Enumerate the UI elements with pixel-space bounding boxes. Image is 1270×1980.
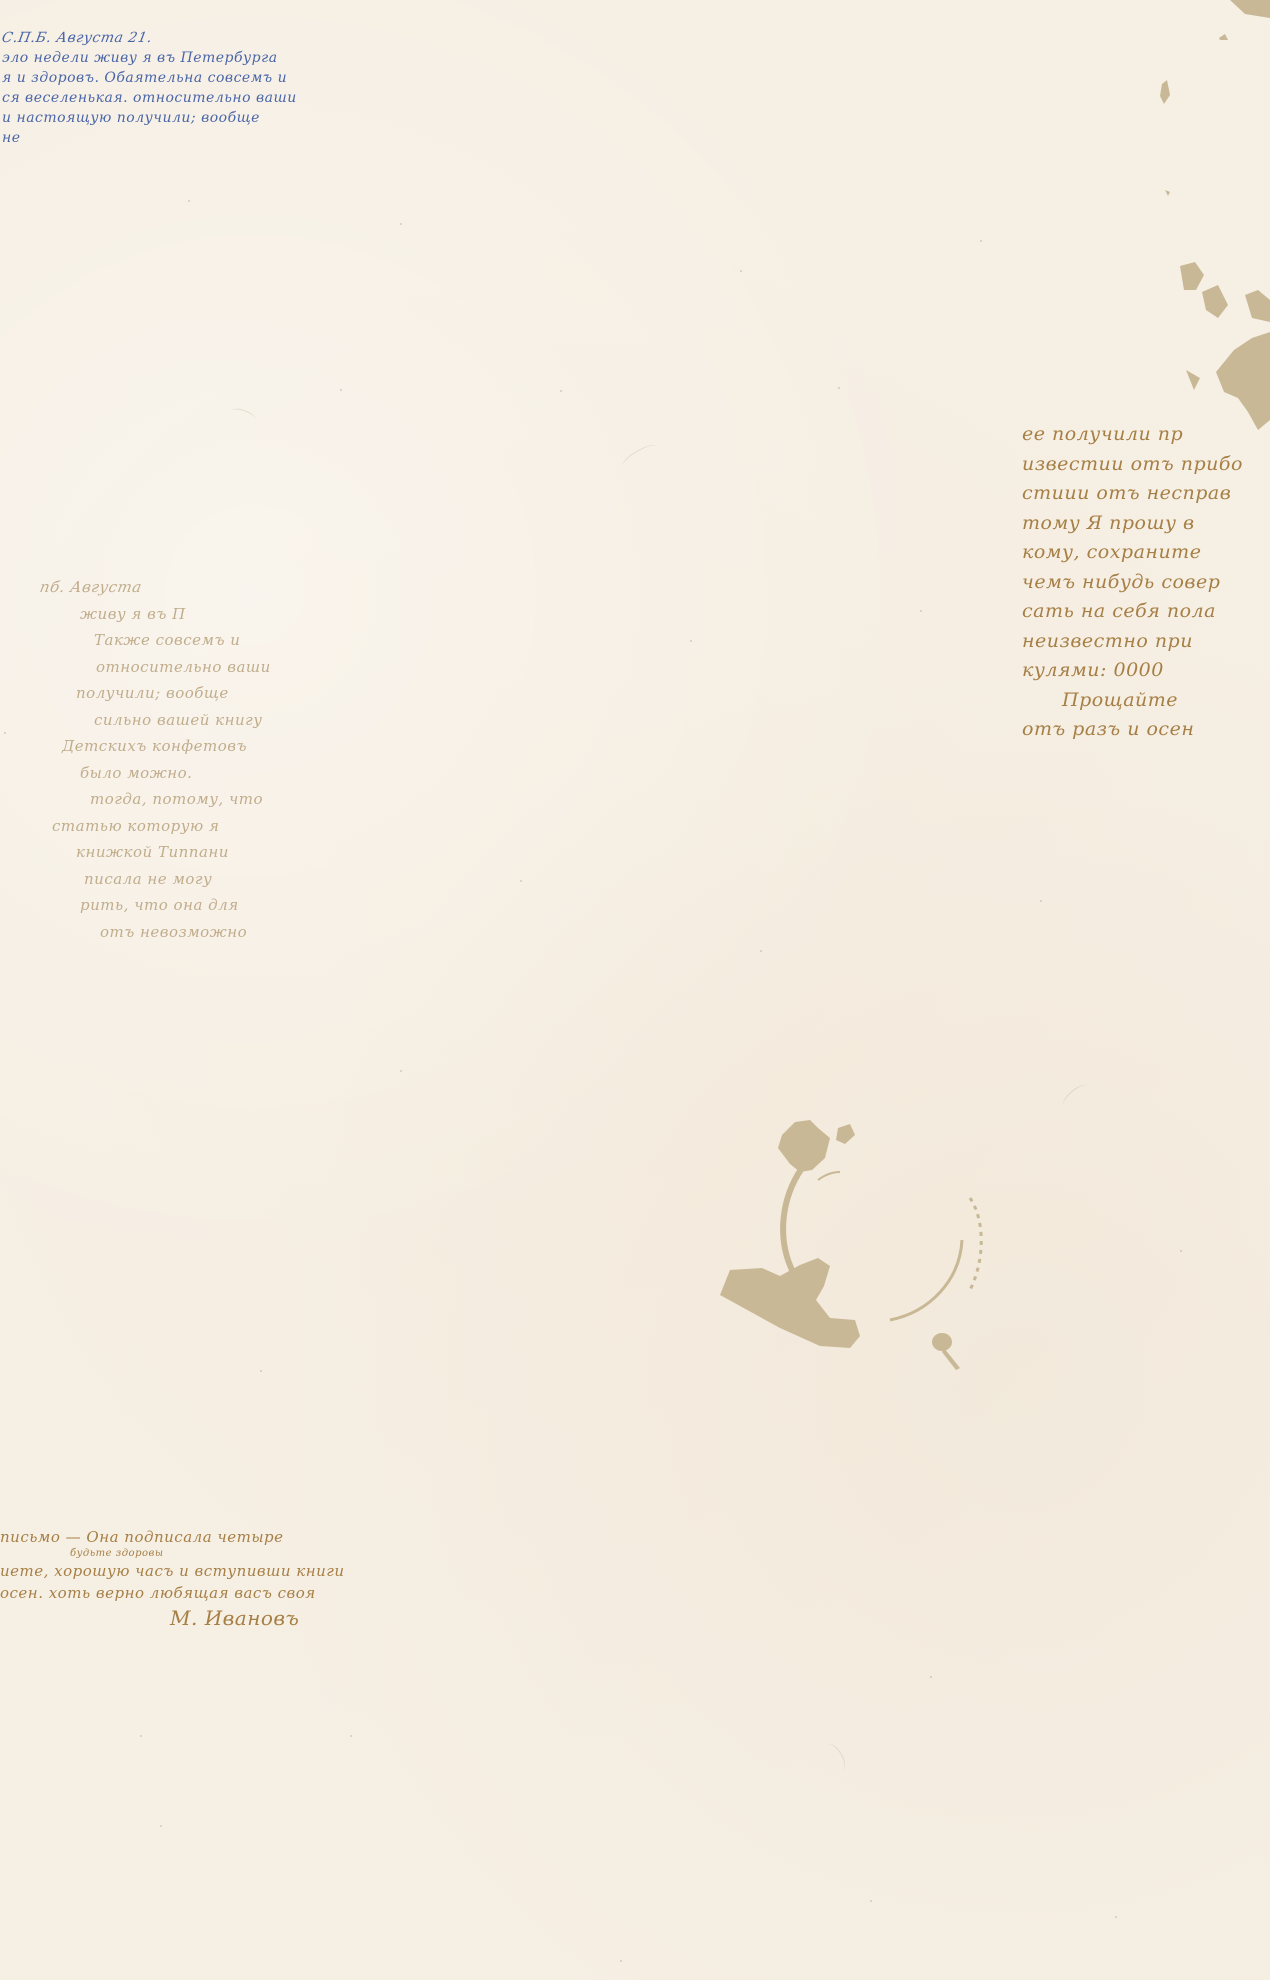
paper-speck bbox=[620, 1960, 622, 1962]
paper-speck bbox=[870, 1900, 872, 1902]
handwriting-line: Детскихъ конфетовъ bbox=[62, 733, 271, 760]
handwriting-line: сать на себя пола bbox=[1022, 597, 1243, 627]
paper-speck bbox=[520, 880, 522, 882]
handwriting-line: известии отъ прибо bbox=[1022, 450, 1243, 480]
paper-fiber bbox=[229, 406, 257, 425]
handwriting-line: стиии отъ несправ bbox=[1022, 479, 1243, 509]
paper-fiber bbox=[1060, 1082, 1090, 1110]
paper-fiber bbox=[619, 441, 660, 472]
handwriting-faded-block: пб. Августа живу я въ П Такжe совсемъ и … bbox=[40, 574, 271, 945]
handwriting-interlinear: будьте здоровы bbox=[70, 1548, 345, 1560]
paper-speck bbox=[560, 390, 562, 392]
handwriting-line: не bbox=[2, 128, 297, 148]
handwriting-line: эло недели живу я въ Петербурга bbox=[2, 48, 297, 68]
handwriting-line: статью которую я bbox=[52, 813, 271, 840]
handwriting-line: неизвестно при bbox=[1022, 627, 1243, 657]
paper-speck bbox=[930, 1676, 932, 1678]
paper-speck bbox=[980, 240, 982, 242]
handwriting-line: рить, что она для bbox=[80, 892, 271, 919]
paper-speck bbox=[1180, 1250, 1182, 1252]
paper-speck bbox=[838, 387, 840, 389]
paper-speck bbox=[188, 200, 190, 202]
handwriting-line: осен. хоть верно любящая васъ своя bbox=[0, 1582, 345, 1604]
paper-speck bbox=[340, 389, 342, 391]
paper-speck bbox=[140, 1735, 142, 1737]
handwriting-line: и настоящую получили; вообще bbox=[2, 108, 297, 128]
handwriting-line: Такжe совсемъ и bbox=[94, 627, 271, 654]
handwriting-heading: пб. Августа bbox=[38, 574, 273, 601]
paper-speck bbox=[1040, 900, 1042, 902]
paper-speck bbox=[400, 1070, 402, 1072]
handwriting-line: писала не могу bbox=[84, 866, 271, 893]
paper-speck bbox=[350, 1735, 352, 1737]
handwriting-heading: С.П.Б. Августа 21. bbox=[0, 28, 298, 48]
paper-speck bbox=[4, 732, 6, 734]
coffee-stain-icon bbox=[700, 1080, 1000, 1380]
handwriting-line: я и здоровъ. Обаятельна совсемъ и bbox=[2, 68, 297, 88]
paper-speck bbox=[160, 1825, 162, 1827]
handwriting-line: получили; вообще bbox=[76, 680, 271, 707]
handwriting-bottom-block: письмо — Она подписала четыре будьте здо… bbox=[0, 1526, 345, 1632]
handwriting-line: тогда, потому, что bbox=[90, 786, 271, 813]
paper-speck bbox=[760, 950, 762, 952]
handwriting-line: кому, сохраните bbox=[1022, 538, 1243, 568]
handwriting-line: ся веселенькая. относительно ваши bbox=[2, 88, 297, 108]
handwriting-line: живу я въ П bbox=[80, 601, 271, 628]
handwriting-line: было можно. bbox=[80, 760, 271, 787]
paper-speck bbox=[690, 640, 692, 642]
handwriting-right-block: ее получили пр известии отъ прибо стиии … bbox=[1022, 420, 1243, 745]
handwriting-line: чемъ нибудь совер bbox=[1022, 568, 1243, 598]
paper-fiber bbox=[821, 1741, 849, 1774]
handwriting-line: отъ разъ и осен bbox=[1022, 715, 1243, 745]
handwriting-signature: М. Ивановъ bbox=[170, 1604, 345, 1632]
paper-speck bbox=[400, 223, 402, 225]
handwriting-line: кулями: 0000 bbox=[1022, 656, 1243, 686]
paper-speck bbox=[740, 270, 742, 272]
handwriting-line: письмо — Она подписала четыре bbox=[0, 1526, 345, 1548]
handwriting-line: иете, хорошую часъ и вступивши книги bbox=[0, 1560, 345, 1582]
handwriting-line: отъ невозможно bbox=[100, 919, 271, 946]
handwriting-line: книжкой Типпани bbox=[76, 839, 271, 866]
paper-speck bbox=[260, 1370, 262, 1372]
handwriting-line: тому Я прошу в bbox=[1022, 509, 1243, 539]
paper-speck bbox=[920, 610, 922, 612]
handwriting-closing: Прощайте bbox=[1062, 686, 1243, 716]
handwriting-line: относительно ваши bbox=[96, 654, 271, 681]
ink-splatter-icon bbox=[1120, 0, 1270, 440]
paper-speck bbox=[1115, 1916, 1117, 1918]
handwriting-line: сильно вашей книгу bbox=[94, 707, 271, 734]
handwriting-blue-block: С.П.Б. Августа 21. эло недели живу я въ … bbox=[0, 28, 297, 148]
